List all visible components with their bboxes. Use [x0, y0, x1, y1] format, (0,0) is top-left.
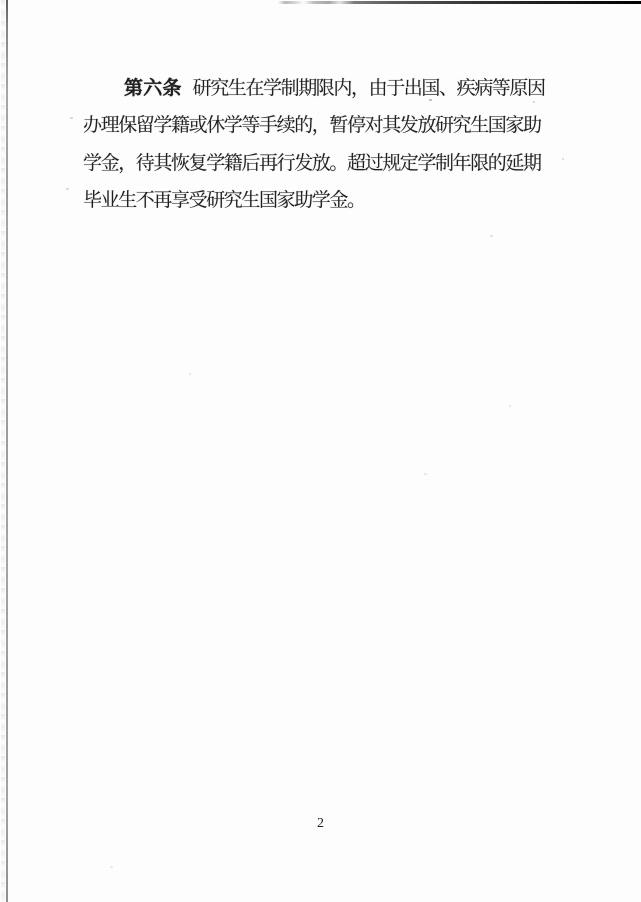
paragraph-line-1-text: 研究生在学制期限内，由于出国、疾病等原因 [193, 78, 545, 99]
scan-artifact-left-noise [1, 0, 5, 902]
scan-speck [66, 188, 69, 190]
article-paragraph: 第六条研究生在学制期限内，由于出国、疾病等原因 办理保留学籍或休学等手续的，暂停… [83, 70, 563, 220]
paragraph-line-2: 办理保留学籍或休学等手续的，暂停对其发放研究生国家助 [83, 107, 563, 144]
scan-artifact-top-edge [278, 1, 641, 4]
scan-artifact-left-edge [6, 0, 8, 902]
scan-speck [110, 866, 113, 868]
paragraph-line-4: 毕业生不再享受研究生国家助学金。 [83, 182, 563, 219]
paragraph-line-1: 第六条研究生在学制期限内，由于出国、疾病等原因 [83, 70, 563, 107]
paragraph-line-3: 学金，待其恢复学籍后再行发放。超过规定学制年限的延期 [83, 145, 563, 182]
scan-speck [424, 473, 427, 475]
page-number: 2 [0, 816, 641, 832]
scan-speck [70, 117, 73, 119]
scan-speck [509, 405, 511, 407]
document-page: 第六条研究生在学制期限内，由于出国、疾病等原因 办理保留学籍或休学等手续的，暂停… [0, 0, 641, 902]
scan-speck [189, 373, 191, 375]
article-number-label: 第六条 [124, 78, 182, 99]
scan-speck [490, 235, 493, 237]
